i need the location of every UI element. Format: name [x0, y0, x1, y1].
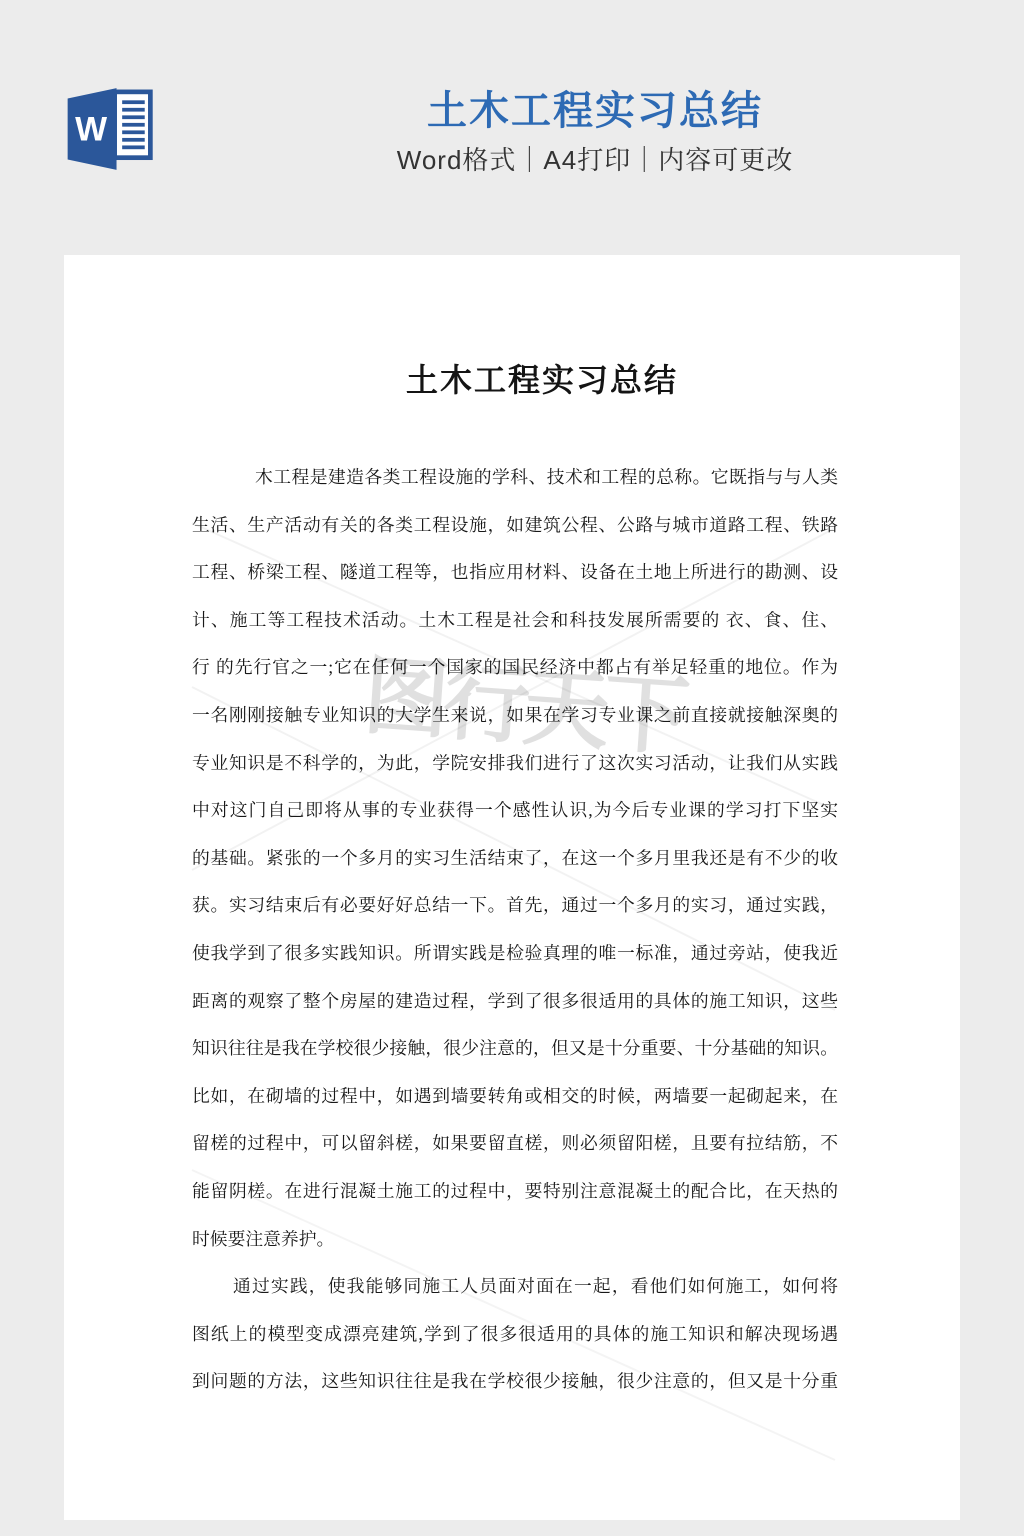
document-body: 木工程是建造各类工程设施的学科、技术和工程的总称。它既指与与人类 生活、生产活动… — [192, 454, 838, 1406]
word-icon: W — [62, 83, 156, 175]
paragraph-line: 获。实习结束后有必要好好总结一下。首先，通过一个多月的实习，通过实践， — [192, 882, 838, 930]
paragraph-line: 通过实践，使我能够同施工人员面对面在一起，看他们如何施工，如何将 — [192, 1263, 838, 1311]
paragraph-line: 一名刚刚接触专业知识的大学生来说，如果在学习专业课之前直接就接触深奥的 — [192, 692, 838, 740]
paragraph-line: 图纸上的模型变成漂亮建筑,学到了很多很适用的具体的施工知识和解决现场遇 — [192, 1311, 838, 1359]
paragraph-line: 生活、生产活动有关的各类工程设施，如建筑公程、公路与城市道路工程、铁路 — [192, 502, 838, 550]
paragraph-line: 工程、桥梁工程、隧道工程等，也指应用材料、设备在土地上所进行的勘测、设 — [192, 549, 838, 597]
paragraph-line: 使我学到了很多实践知识。所谓实践是检验真理的唯一标准，通过旁站，使我近 — [192, 930, 838, 978]
site-header: W 土木工程实习总结 Word格式｜A4打印｜内容可更改 — [62, 83, 1024, 183]
paragraph-line: 到问题的方法，这些知识往往是我在学校很少接触，很少注意的，但又是十分重 — [192, 1358, 838, 1406]
paragraph-line: 专业知识是不科学的，为此，学院安排我们进行了这次实习活动，让我们从实践 — [192, 740, 838, 788]
template-subtitle: Word格式｜A4打印｜内容可更改 — [166, 145, 1024, 176]
paragraph-line: 中对这门自己即将从事的专业获得一个感性认识,为今后专业课的学习打下坚实 — [192, 787, 838, 835]
paragraph-line: 距离的观察了整个房屋的建造过程，学到了很多很适用的具体的施工知识，这些 — [192, 978, 838, 1026]
document-page: 图行天下 土木工程实习总结 木工程是建造各类工程设施的学科、技术和工程的总称。它… — [64, 255, 960, 1520]
paragraph-line: 比如，在砌墙的过程中，如遇到墙要转角或相交的时候，两墙要一起砌起来，在 — [192, 1073, 838, 1121]
svg-text:W: W — [75, 111, 107, 149]
paragraph-line: 留槎的过程中，可以留斜槎，如果要留直槎，则必须留阳槎，且要有拉结筋，不 — [192, 1120, 838, 1168]
paragraph-line: 木工程是建造各类工程设施的学科、技术和工程的总称。它既指与与人类 — [192, 454, 838, 502]
paragraph-line: 知识往往是我在学校很少接触，很少注意的，但又是十分重要、十分基础的知识。 — [192, 1025, 838, 1073]
header-text-block: 土木工程实习总结 Word格式｜A4打印｜内容可更改 — [166, 83, 1024, 176]
paragraph-line: 能留阴槎。在进行混凝土施工的过程中，要特别注意混凝土的配合比，在天热的 — [192, 1168, 838, 1216]
template-title: 土木工程实习总结 — [166, 89, 1024, 133]
paragraph-line: 的基础。紧张的一个多月的实习生活结束了，在这一个多月里我还是有不少的收 — [192, 835, 838, 883]
paragraph-line: 计、施工等工程技术活动。土木工程是社会和科技发展所需要的 衣、食、住、 — [192, 597, 838, 645]
paragraph-line: 行 的先行官之一;它在任何一个国家的国民经济中都占有举足轻重的地位。作为 — [192, 644, 838, 692]
document-title: 土木工程实习总结 — [94, 355, 990, 401]
paragraph-line: 时候要注意养护。 — [192, 1216, 838, 1264]
